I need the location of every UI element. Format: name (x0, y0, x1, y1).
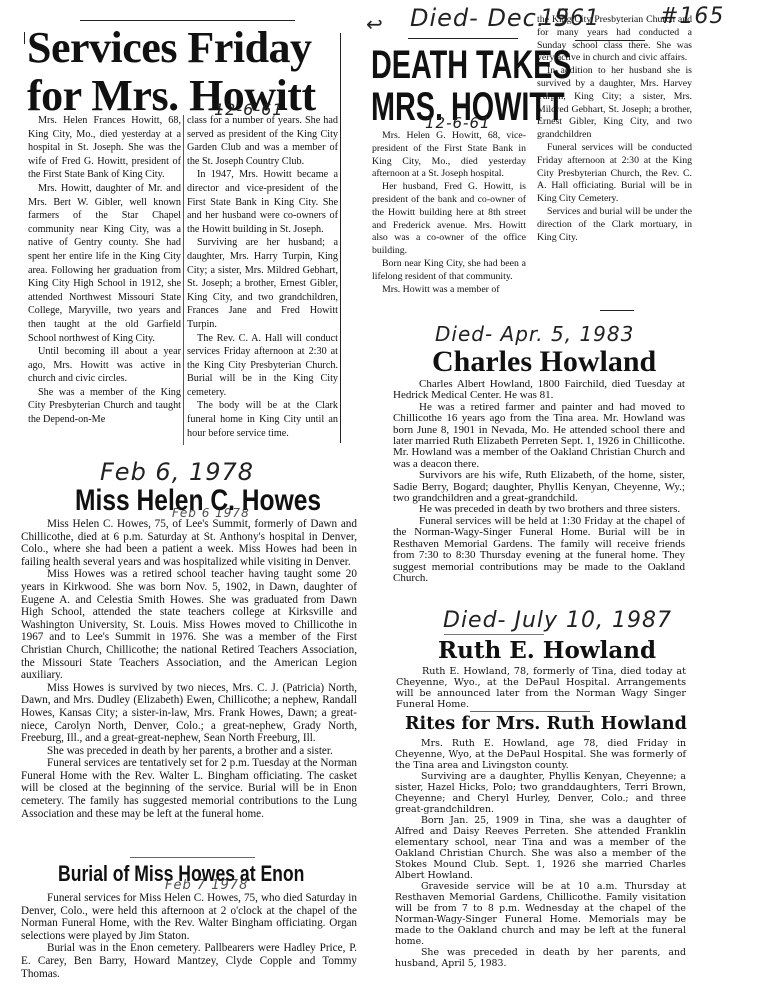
paragraph: Born Jan. 25, 1909 in Tina, she was a da… (395, 815, 686, 881)
paragraph: the King City Presbyterian Church and fo… (537, 14, 692, 65)
paragraph: Survivors are his wife, Ruth Elizabeth, … (393, 470, 685, 504)
rule (470, 711, 590, 712)
howitt-article-2-col-2: the King City Presbyterian Church and fo… (537, 14, 692, 244)
paragraph: Funeral services will be held at 1:30 Fr… (393, 516, 685, 584)
howitt-article-1-col-1: Mrs. Helen Frances Howitt, 68, King City… (28, 114, 181, 427)
top-rule (80, 20, 295, 21)
handwritten-date: Died- July 10, 1987 (443, 608, 672, 633)
paragraph: Surviving are her husband; a daughter, M… (187, 236, 338, 331)
paragraph: She was preceded in death by her parents… (395, 947, 686, 969)
paragraph: Until becoming ill about a year ago, Mrs… (28, 345, 181, 386)
paragraph: Mrs. Ruth E. Howland, age 78, died Frida… (395, 738, 686, 771)
paragraph: Miss Howes is survived by two nieces, Mr… (21, 682, 357, 745)
paragraph: The body will be at the Clark funeral ho… (187, 399, 338, 440)
paragraph: Funeral services for Miss Helen C. Howes… (21, 892, 357, 942)
paragraph: She was a member of the King City Presby… (28, 386, 181, 427)
paragraph: Miss Howes was a retired school teacher … (21, 568, 357, 681)
paragraph: She was preceded in death by her parents… (21, 745, 357, 758)
clip-edge (24, 32, 25, 44)
paragraph: Ruth E. Howland, 78, formerly of Tina, d… (396, 666, 686, 710)
paragraph: Funeral services are tentatively set for… (21, 757, 357, 820)
headline: Charles Howland (432, 346, 656, 378)
charles-article-body: Charles Albert Howland, 1800 Fairchild, … (393, 379, 685, 584)
paragraph: Funeral services will be conducted Frida… (537, 142, 692, 206)
burial-article-body: Funeral services for Miss Helen C. Howes… (21, 892, 357, 980)
rites-article-body: Mrs. Ruth E. Howland, age 78, died Frida… (395, 738, 686, 969)
column-divider (183, 115, 184, 445)
rule (444, 634, 544, 635)
rule (408, 38, 518, 39)
paragraph: The Rev. C. A. Hall will conduct service… (187, 332, 338, 400)
end-rule (600, 310, 634, 311)
handwritten-date: Feb 6, 1978 (100, 458, 254, 486)
paragraph: Mrs. Helen Frances Howitt, 68, King City… (28, 114, 181, 182)
paragraph: Miss Helen C. Howes, 75, of Lee's Summit… (21, 518, 357, 568)
howitt-article-2-col-1: Mrs. Helen G. Howitt, 68, vice-president… (372, 130, 526, 296)
paragraph: In 1947, Mrs. Howitt became a director a… (187, 168, 338, 236)
paragraph: Born near King City, she had been a life… (372, 258, 526, 284)
headline-line: Services Friday (27, 24, 316, 72)
rule (130, 857, 255, 858)
paragraph: He was a retired farmer and painter and … (393, 402, 685, 470)
paragraph: Graveside service will be at 10 a.m. Thu… (395, 881, 686, 947)
paragraph: Mrs. Howitt, daughter of Mr. and Mrs. Be… (28, 182, 181, 345)
paragraph: In addition to her husband she is surviv… (537, 65, 692, 142)
howes-article-body: Miss Helen C. Howes, 75, of Lee's Summit… (21, 518, 357, 820)
clip-edge-right (340, 33, 341, 443)
ruth-article-body: Ruth E. Howland, 78, formerly of Tina, d… (396, 666, 686, 710)
paragraph: Her husband, Fred G. Howitt, is presiden… (372, 181, 526, 258)
headline: Rites for Mrs. Ruth Howland (405, 713, 687, 735)
handwritten-date-overlay: Feb 7 1978 (165, 878, 248, 893)
paragraph: class for a number of years. She had ser… (187, 114, 338, 168)
rites-headline: Rites for Mrs. Ruth Howland (405, 713, 687, 735)
paragraph: Surviving are a daughter, Phyllis Kenyan… (395, 771, 686, 815)
paragraph: Mrs. Helen G. Howitt, 68, vice-president… (372, 130, 526, 181)
paragraph: Mrs. Howitt was a member of (372, 284, 526, 297)
paragraph: Burial was in the Enon cemetery. Pallbea… (21, 942, 357, 980)
headline: Ruth E. Howland (438, 638, 656, 664)
ruth-headline: Ruth E. Howland (438, 638, 656, 664)
handwritten-arrow-mark: ↩ (366, 12, 384, 36)
paragraph: Services and burial will be under the di… (537, 206, 692, 244)
howitt-article-1-col-2: class for a number of years. She had ser… (187, 114, 338, 440)
handwritten-date: Died- Apr. 5, 1983 (435, 322, 634, 346)
paragraph: Charles Albert Howland, 1800 Fairchild, … (393, 379, 685, 402)
charles-headline: Charles Howland (432, 346, 656, 378)
